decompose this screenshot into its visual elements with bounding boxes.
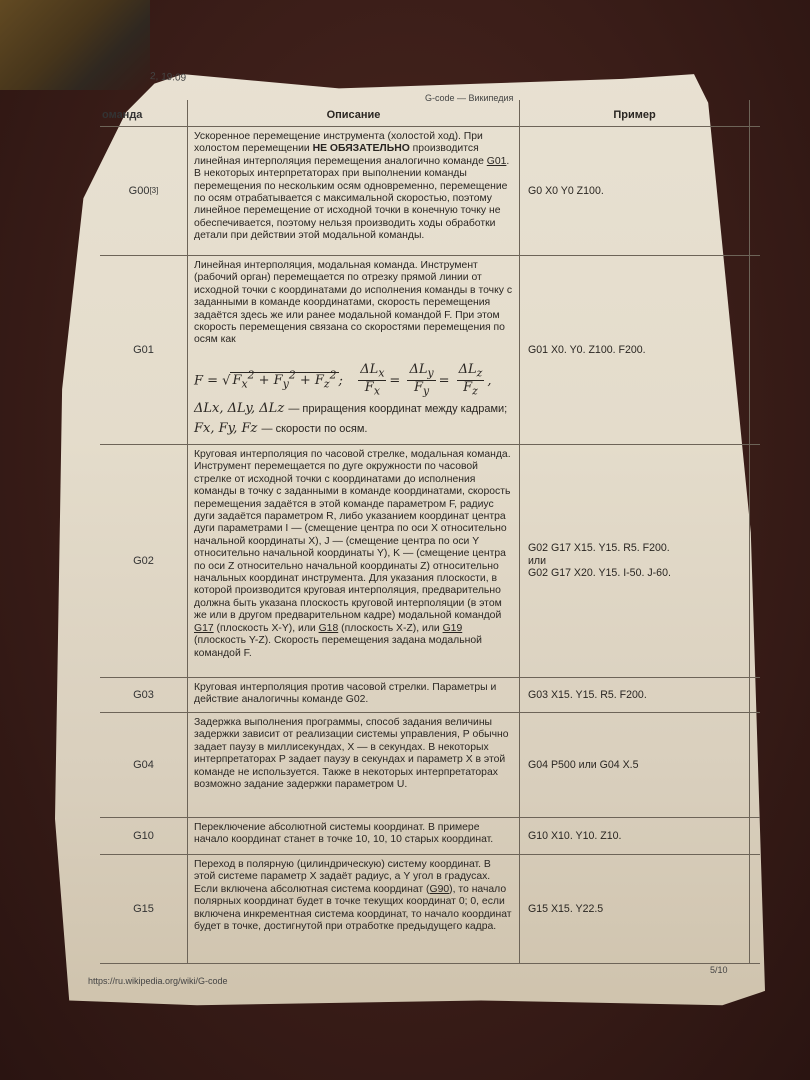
example-lines: G02 G17 X15. Y15. R5. F200. или G02 G17 … xyxy=(528,542,671,579)
print-timestamp: 2, 19:09 xyxy=(150,71,187,84)
table-row-g02: G02 Круговая интерполяция по часовой стр… xyxy=(100,445,760,678)
example-cell: G0 X0 Y0 Z100. xyxy=(520,127,750,255)
description-text: . В некоторых интерпретаторах при выполн… xyxy=(194,156,509,241)
description-text: Линейная интерполяция, модальная команда… xyxy=(194,260,513,347)
example-cell: G01 X0. Y0. Z100. F200. xyxy=(520,256,750,444)
table-row-g15: G15 Переход в полярную (цилиндрическую) … xyxy=(100,855,760,964)
description-text: (плоскость X-Z), или xyxy=(338,623,442,634)
table-header-row: оманда Описание Пример xyxy=(100,100,760,127)
command-link[interactable]: G19 xyxy=(443,623,463,634)
table-row-g10: G10 Переключение абсолютной системы коор… xyxy=(100,818,760,855)
table-row-g00: G00[3] Ускоренное перемещение инструмент… xyxy=(100,127,760,256)
background-object xyxy=(0,0,150,90)
gcode-table: оманда Описание Пример G00[3] Ускоренное… xyxy=(100,100,760,964)
table-row-g04: G04 Задержка выполнения программы, спосо… xyxy=(100,713,760,818)
example-cell: G10 X10. Y10. Z10. xyxy=(520,818,750,854)
column-header-example: Пример xyxy=(520,100,750,126)
description-text: (плоскость X-Y), или xyxy=(214,623,319,634)
command-link[interactable]: G90 xyxy=(430,884,450,895)
example-cell: G15 X15. Y22.5 xyxy=(520,855,750,963)
formula-deltas: ΔLx, ΔLy, ΔLz — приращения координат меж… xyxy=(194,399,513,419)
command-cell: G15 xyxy=(100,855,188,963)
description-text: (плоскость Y-Z). Скорость перемещения за… xyxy=(194,635,482,658)
description-cell: Ускоренное перемещение инструмента (холо… xyxy=(188,127,520,255)
command-cell: G01 xyxy=(100,256,188,444)
example-cell: G03 X15. Y15. R5. F200. xyxy=(520,678,750,712)
command-cell: G02 xyxy=(100,445,188,677)
formula-equation: F = √Fx2 + Fy2 + Fz2; ΔLxFx= ΔLyFy= ΔLzF… xyxy=(194,363,513,399)
command-cell: G00[3] xyxy=(100,127,188,255)
description-cell: Переход в полярную (цилиндрическую) сист… xyxy=(188,855,520,963)
footer-url[interactable]: https://ru.wikipedia.org/wiki/G-code xyxy=(88,976,228,986)
command-link[interactable]: G17 xyxy=(194,623,214,634)
description-cell: Задержка выполнения программы, способ за… xyxy=(188,713,520,817)
page-number: 5/10 xyxy=(710,965,728,975)
command-link[interactable]: G18 xyxy=(319,623,339,634)
column-header-description: Описание xyxy=(188,100,520,126)
formula-block: F = √Fx2 + Fy2 + Fz2; ΔLxFx= ΔLyFy= ΔLzF… xyxy=(194,363,513,439)
column-header-command: оманда xyxy=(100,100,188,126)
command-cell: G04 xyxy=(100,713,188,817)
description-cell: Круговая интерполяция против часовой стр… xyxy=(188,678,520,712)
table-row-g01: G01 Линейная интерполяция, модальная ком… xyxy=(100,256,760,445)
emphasis-text: НЕ ОБЯЗАТЕЛЬНО xyxy=(313,143,410,154)
description-cell: Круговая интерполяция по часовой стрелке… xyxy=(188,445,520,677)
reference-link[interactable]: [3] xyxy=(149,185,158,197)
description-cell: Линейная интерполяция, модальная команда… xyxy=(188,256,520,444)
formula-speeds: Fx, Fy, Fz — скорости по осям. xyxy=(194,419,513,439)
description-cell: Переключение абсолютной системы координа… xyxy=(188,818,520,854)
table-row-g03: G03 Круговая интерполяция против часовой… xyxy=(100,678,760,713)
command-cell: G10 xyxy=(100,818,188,854)
example-cell: G04 P500 или G04 X.5 xyxy=(520,713,750,817)
command-link[interactable]: G01 xyxy=(487,156,507,167)
command-cell: G03 xyxy=(100,678,188,712)
example-cell: G02 G17 X15. Y15. R5. F200. или G02 G17 … xyxy=(520,445,750,677)
description-text: Круговая интерполяция по часовой стрелке… xyxy=(194,449,511,621)
